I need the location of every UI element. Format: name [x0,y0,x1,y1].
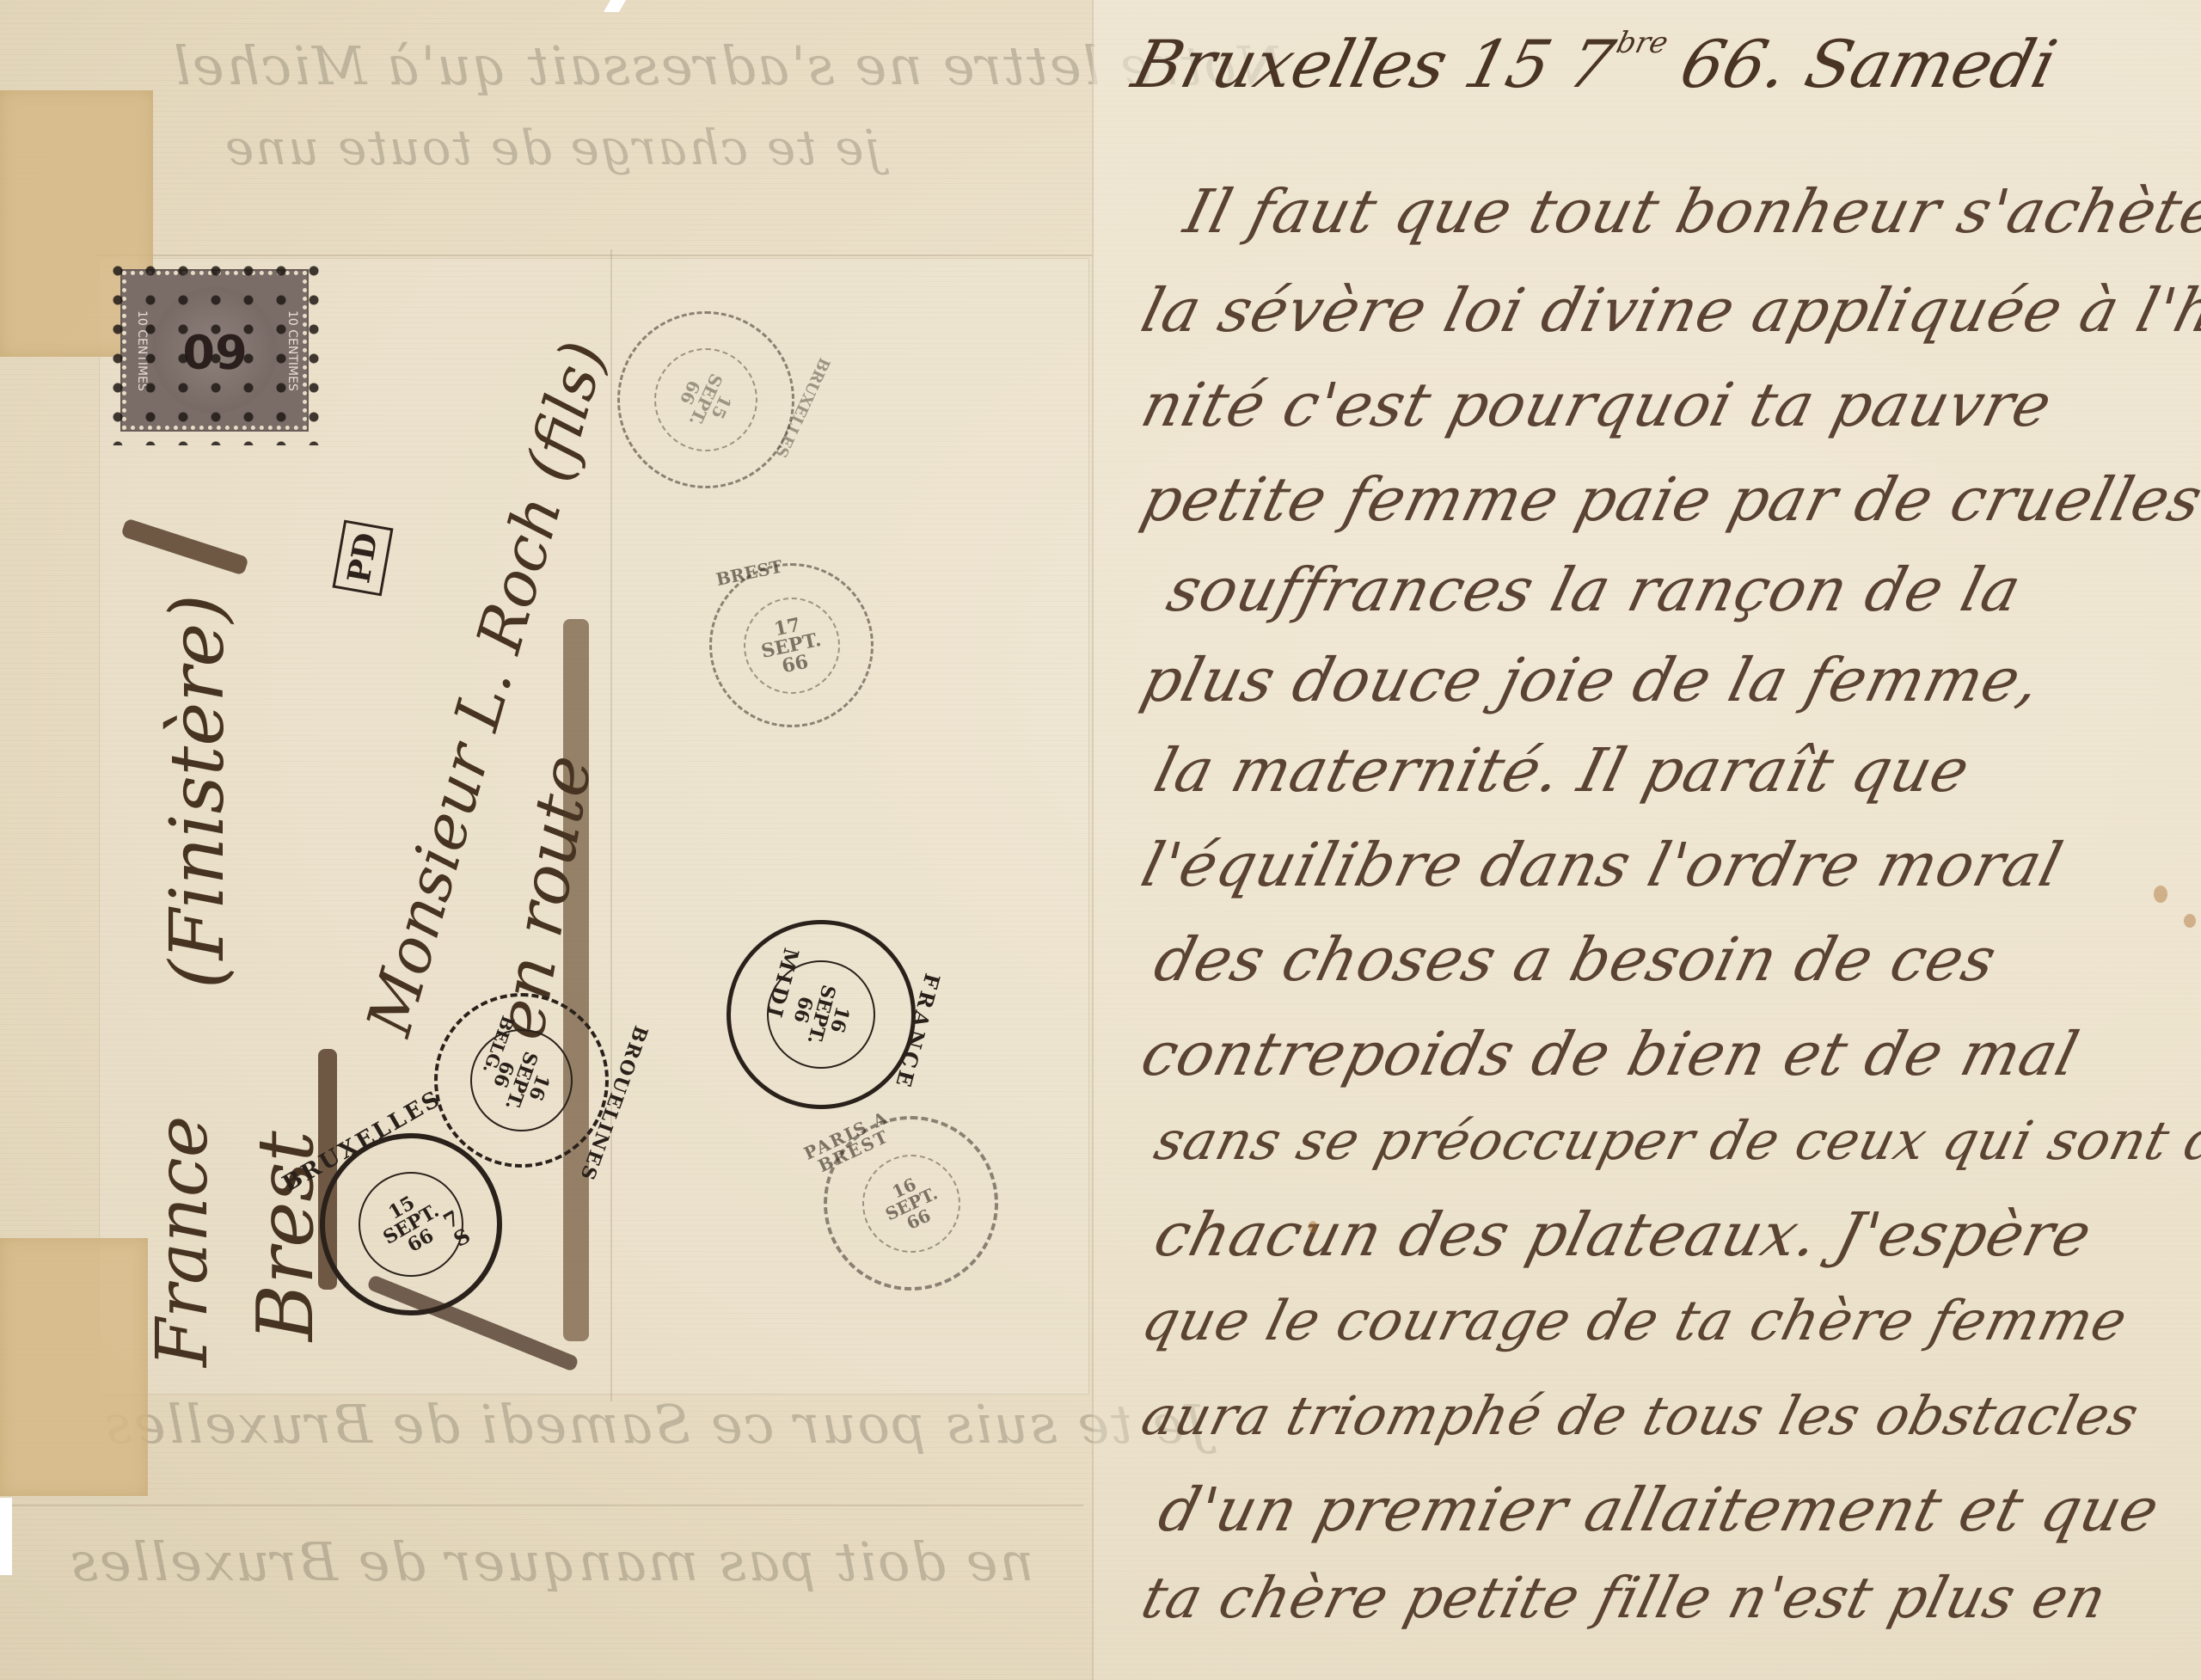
paper-tear [0,1498,12,1575]
dotted-cancel [101,256,325,445]
heading-place-date: Bruxelles 15 7 [1125,26,1622,102]
foxing-stain [1309,1221,1317,1233]
postmark-brest-arrival: BREST 17 SEPT. 66 [709,563,874,727]
heading-superscript: bre [1613,26,1671,60]
letter-line: d'un premier allaitement et que [1152,1475,2167,1545]
letter-line: la maternité. Il paraît que [1148,735,1977,806]
letter-line: que le courage de ta chère femme [1136,1290,2134,1353]
postmark-paris-brest: PARIS A BREST 16 SEPT. 66 [824,1116,998,1291]
postmark-bruxelles: BRUXELLES 15 SEPT. 66 7 S [320,1133,502,1315]
center-fold [1092,0,1094,1680]
bleed-through-line: ne doit pas manquer de Bruxelles [69,1530,1033,1593]
fold-line [610,249,612,1401]
letter-line: plus douce joie de la femme, [1135,645,2048,715]
letter-line: l'équilibre dans l'ordre moral [1135,830,2070,900]
letter-line: Il faut que tout bonheur s'achète c'est [1178,176,2201,247]
tape-bottom [0,1238,148,1496]
bleed-through-line: Je te suis pour ce Samedi de Bruxelles [103,1393,1207,1456]
letter-line: ta chère petite fille n'est plus en [1135,1565,2113,1631]
letter-line: petite femme paie par de cruelles [1135,464,2201,535]
letter-line: chacun des plateaux. J'espère [1148,1199,2100,1270]
bleed-through-line: je te charge de toute une [224,120,880,176]
letter-line: aura triomphé de tous les obstacles [1136,1384,2146,1447]
postmark-france-midi: FRANCE MIDI 16 SEPT. 66 [727,920,916,1109]
letter-heading: Bruxelles 15 7bre 66. Samedi [1125,26,2064,102]
letter-line: contrepoids de bien et de mal [1135,1019,2086,1089]
foxing-stain [2184,914,2196,928]
postmark-brouelines: BROUELINES 16 SEPT. 66 BELG. [434,993,609,1168]
heading-year-day: 66. Samedi [1673,26,2064,102]
envelope-panel: Notre lettre ne s'adressait qu'à Michel … [0,0,1092,1680]
letter-line: la sévère loi divine appliquée à l'huma- [1135,275,2201,346]
letter-line: souffrances la rançon de la [1161,555,2028,625]
address-department: (Finistère) [155,594,241,989]
foxing-stain [2154,886,2167,903]
letter-line: nité c'est pourquoi ta pauvre [1135,370,2059,440]
letter-line: sans se préoccuper de ceux qui sont dans [1149,1109,2201,1172]
letter-line: des choses a besoin de ces [1148,924,2004,995]
address-country: France [142,1116,224,1367]
fold-line [0,1505,1083,1506]
postmark-faint-top: BRUXELLES 15 SEPT. 66 [617,311,794,488]
